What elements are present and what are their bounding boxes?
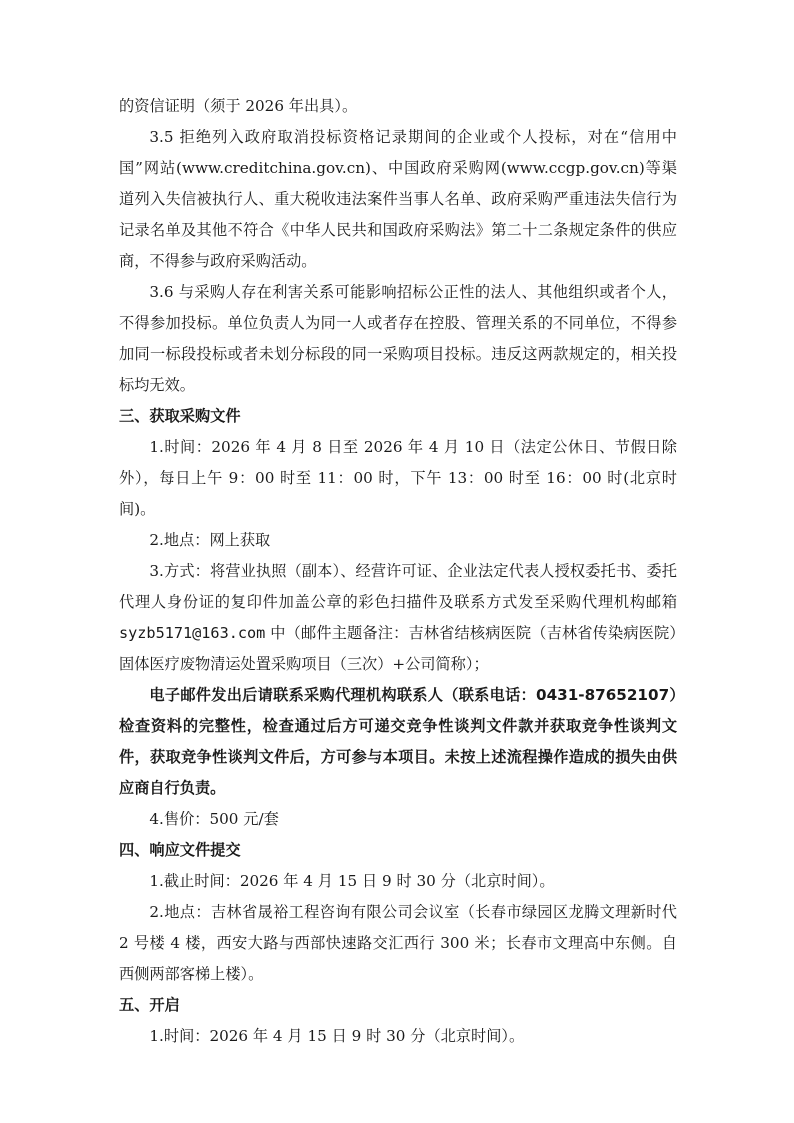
method-text-prefix: 3.方式：将营业执照（副本）、经营许可证、企业法定代表人授权委托书、委托代理人身… <box>119 562 677 611</box>
section3-bold-note: 电子邮件发出后请联系采购代理机构联系人（联系电话：0431-87652107）检… <box>119 680 677 804</box>
section3-item-method: 3.方式：将营业执照（副本）、经营许可证、企业法定代表人授权委托书、委托代理人身… <box>119 556 677 680</box>
section4-item-deadline: 1.截止时间：2026 年 4 月 15 日 9 时 30 分（北京时间）。 <box>119 866 677 897</box>
paragraph-3-6: 3.6 与采购人存在利害关系可能影响招标公正性的法人、其他组织或者个人，不得参加… <box>119 277 677 401</box>
paragraph-3-5: 3.5 拒绝列入政府取消投标资格记录期间的企业或个人投标，对在“信用中国”网站(… <box>119 122 677 277</box>
agency-email-link[interactable]: syzb5171@163.com <box>119 624 265 642</box>
section3-item-price: 4.售价：500 元/套 <box>119 804 677 835</box>
section-heading-obtain-documents: 三、获取采购文件 <box>119 401 677 432</box>
section4-item-location: 2.地点：吉林省晟裕工程咨询有限公司会议室（长春市绿园区龙腾文理新时代 2 号楼… <box>119 897 677 990</box>
paragraph-credit-proof-continued: 的资信证明（须于 2026 年出具）。 <box>119 91 677 122</box>
section-heading-opening: 五、开启 <box>119 990 677 1021</box>
section5-item-time: 1.时间：2026 年 4 月 15 日 9 时 30 分（北京时间）。 <box>119 1021 677 1052</box>
section-heading-response-submission: 四、响应文件提交 <box>119 835 677 866</box>
section3-item-location: 2.地点：网上获取 <box>119 525 677 556</box>
document-page: 的资信证明（须于 2026 年出具）。 3.5 拒绝列入政府取消投标资格记录期间… <box>119 91 677 1052</box>
section3-item-time: 1.时间：2026 年 4 月 8 日至 2026 年 4 月 10 日（法定公… <box>119 432 677 525</box>
